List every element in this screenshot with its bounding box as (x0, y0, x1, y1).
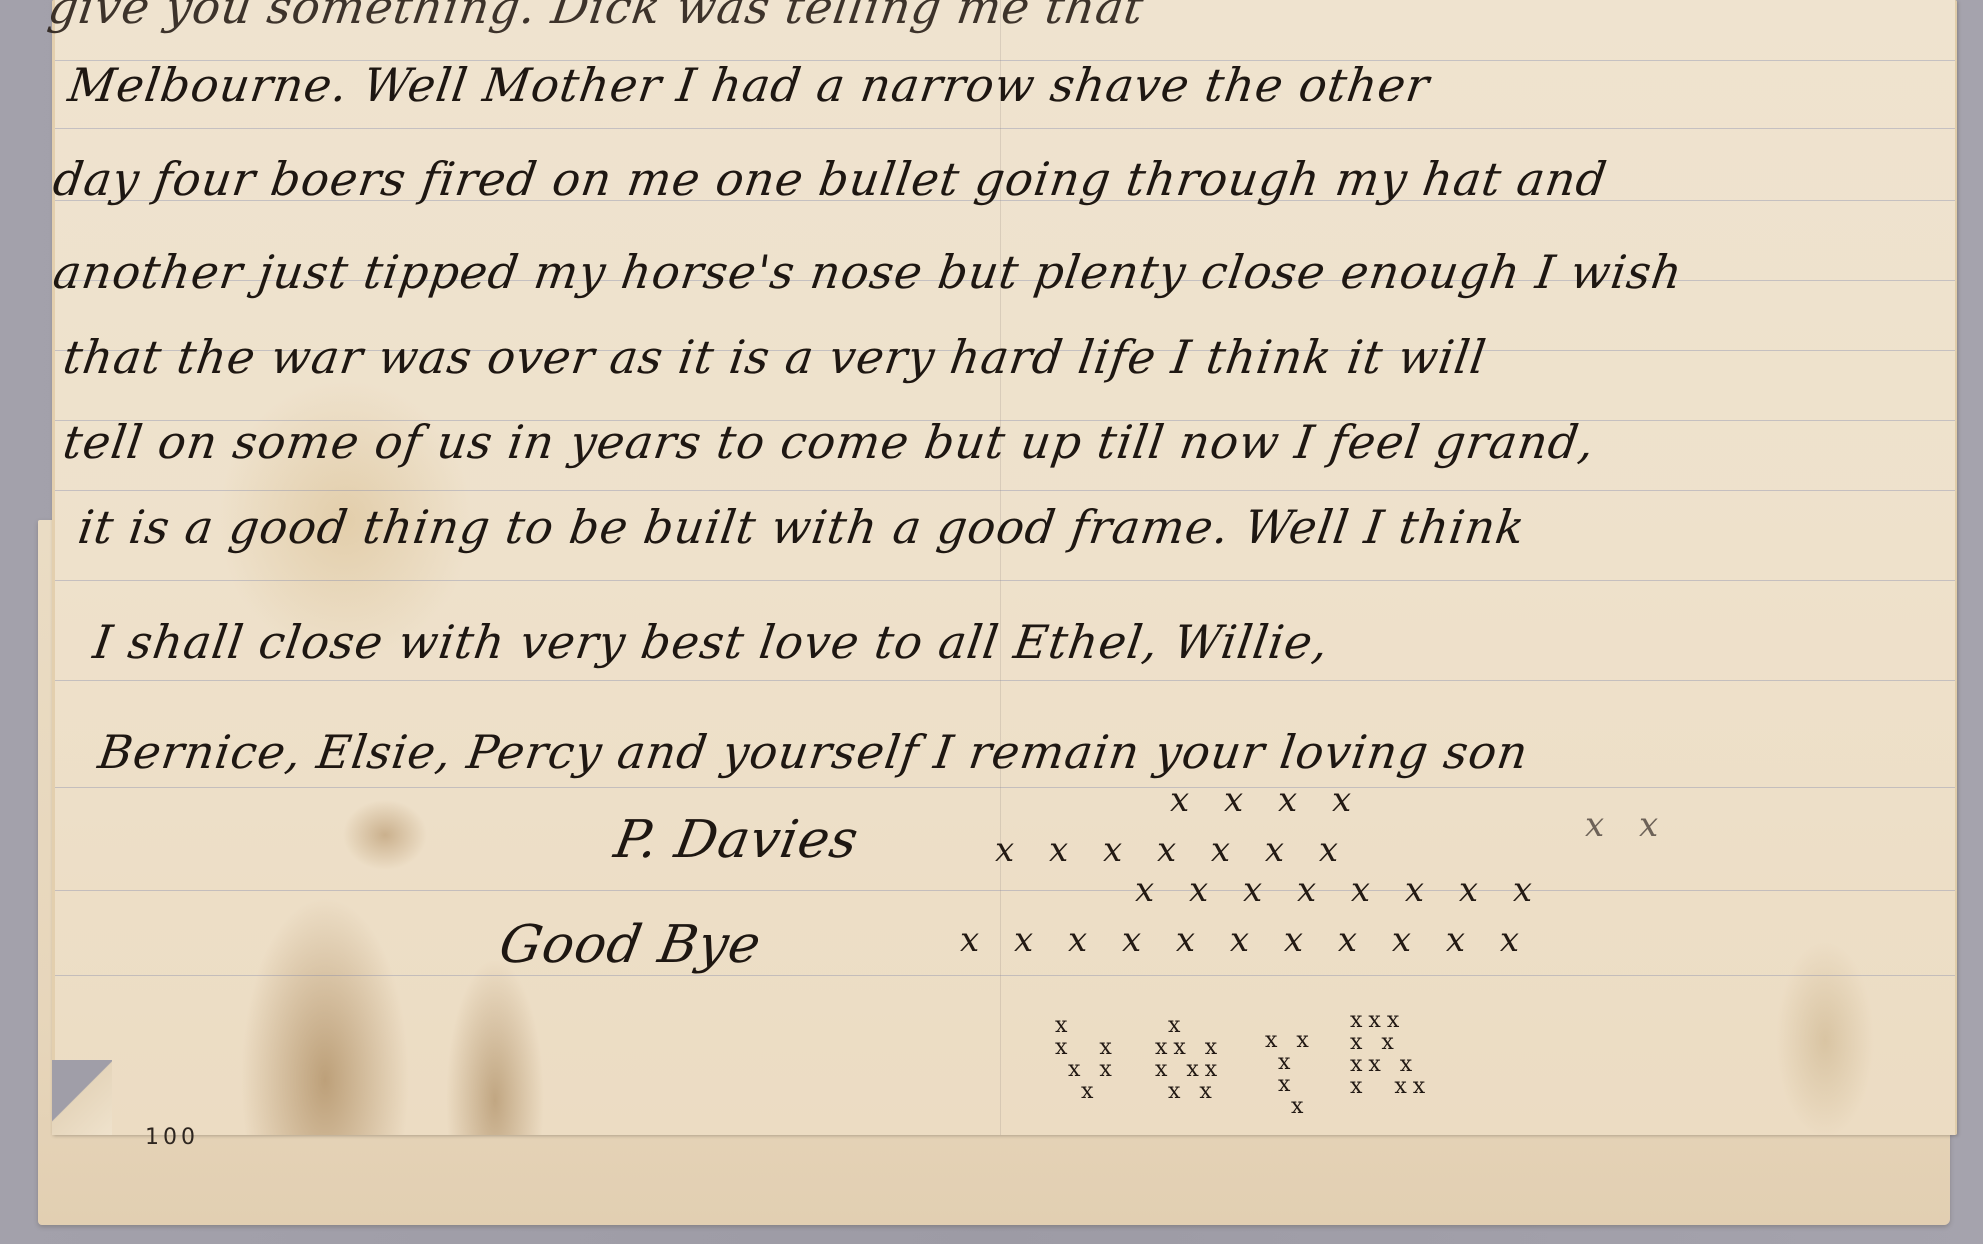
kisses-row-1: x x x x x x x (995, 830, 1350, 870)
kisses-row-top: x x x x (1170, 780, 1363, 820)
kisses-monogram-1: x x x x x x (1055, 1015, 1118, 1103)
closing-good-bye: Good Bye (495, 915, 766, 975)
letter-line-3: day four boers fired on me one bullet go… (50, 152, 1611, 206)
document-scene: give you something. Dick was telling me … (0, 0, 1983, 1244)
ruled-line (55, 580, 1955, 581)
letter-line-9: Bernice, Elsie, Percy and yourself I rem… (95, 725, 1532, 779)
ruled-line (55, 890, 1955, 891)
kisses-monogram-3: x x x x x (1265, 1030, 1315, 1118)
letter-line-2: Melbourne. Well Mother I had a narrow sh… (65, 58, 1433, 112)
letter-line-7: it is a good thing to be built with a go… (75, 500, 1529, 554)
kisses-monogram-4: xxx x x xx x x xx (1350, 1010, 1431, 1098)
letter-line-1: give you something. Dick was telling me … (45, 0, 1148, 34)
kisses-monogram-2: x xx x x xx x x (1155, 1015, 1223, 1103)
signature: P. Davies (610, 810, 863, 870)
kisses-row-3: x x x x x x x x x x x (960, 920, 1531, 960)
kisses-row-2: x x x x x x x x (1135, 870, 1544, 910)
ruled-line (55, 680, 1955, 681)
letter-line-4: another just tipped my horse's nose but … (50, 245, 1686, 299)
letter-page: give you something. Dick was telling me … (52, 0, 1957, 1135)
ruled-line (55, 975, 1955, 976)
page-number: 100 (145, 1125, 199, 1150)
ruled-line (55, 490, 1955, 491)
letter-line-8: I shall close with very best love to all… (90, 615, 1332, 669)
ruled-line (55, 128, 1955, 129)
letter-line-6: tell on some of us in years to come but … (60, 415, 1598, 469)
ruled-line (55, 787, 1955, 788)
kisses-faint-trailing: x x (1585, 805, 1670, 845)
letter-line-5: that the war was over as it is a very ha… (60, 330, 1490, 384)
torn-corner (52, 1060, 112, 1135)
